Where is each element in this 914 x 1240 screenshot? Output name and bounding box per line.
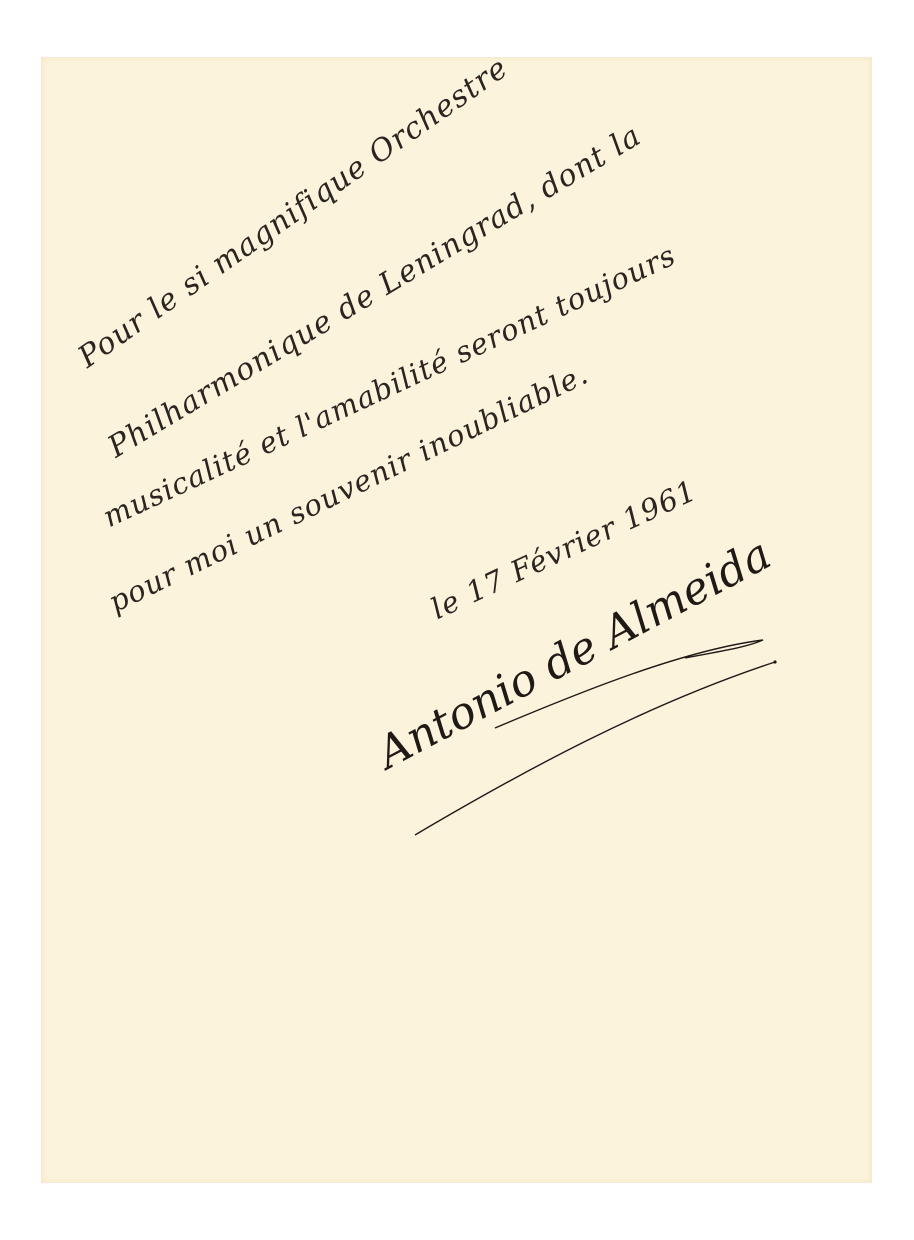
signature-flourish-icon (385, 610, 805, 870)
handwritten-dedication: Pour le si magnifique Orchestre Philharm… (0, 0, 914, 1240)
